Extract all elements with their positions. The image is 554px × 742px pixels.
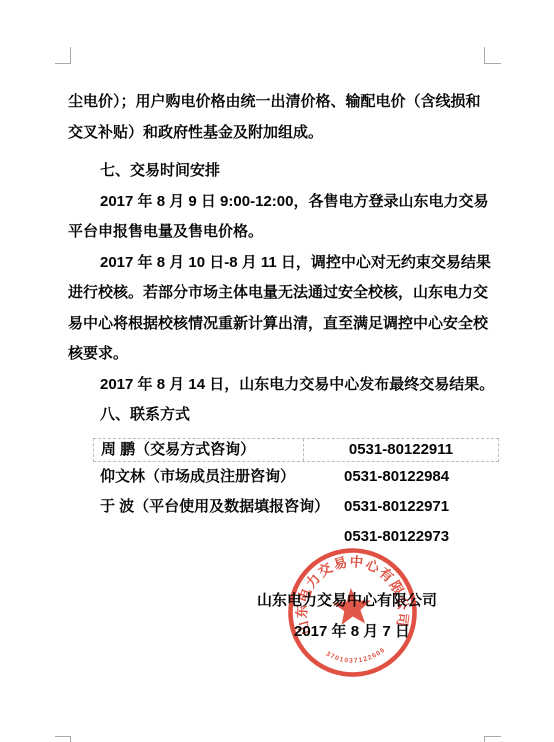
margin-mark-bottom-left xyxy=(55,736,71,742)
body-line: 易中心将根据校核情况重新计算出清，直至满足调控中心安全校 xyxy=(68,309,486,340)
signature-company: 山东电力交易中心有限公司 xyxy=(257,589,437,610)
contact-phone-cell: 0531-80122911 xyxy=(304,439,498,461)
seal-serial-number: 3701037122606 xyxy=(324,646,387,666)
document-body: 尘电价）；用户购电价格由统一出清价格、输配电价（含线损和 交叉补贴）和政府性基金… xyxy=(68,87,486,431)
section-heading-8: 八、联系方式 xyxy=(68,400,486,431)
contact-phone: 0531-80122973 xyxy=(344,526,449,547)
contact-row: 仰文林（市场成员注册咨询） 0531-80122984 xyxy=(0,466,554,488)
body-line: 2017 年 8 月 14 日，山东电力交易中心发布最终交易结果。 xyxy=(68,370,486,401)
signature-date: 2017 年 8 月 7 日 xyxy=(294,620,410,641)
margin-mark-bottom-right xyxy=(484,736,501,742)
margin-mark-top-right xyxy=(484,47,501,64)
body-line: 2017 年 8 月 10 日-8 月 11 日，调控中心对无约束交易结果 xyxy=(68,248,486,279)
contact-name: 仰文林（市场成员注册咨询） xyxy=(100,466,295,487)
body-line: 2017 年 8 月 9 日 9:00-12:00，各售电方登录山东电力交易 xyxy=(68,187,486,218)
contact-row: 0531-80122973 xyxy=(0,526,554,548)
official-seal: 山东电力交易中心有限公司 3701037122606 xyxy=(282,542,424,684)
body-line: 平台申报售电量及售电价格。 xyxy=(68,217,486,248)
contact-name-cell: 周 鹏（交易方式咨询） xyxy=(94,439,304,461)
contact-phone: 0531-80122984 xyxy=(344,466,449,487)
contact-name: 于 波（平台使用及数据填报咨询） xyxy=(100,496,329,517)
body-line: 尘电价）；用户购电价格由统一出清价格、输配电价（含线损和 xyxy=(68,87,486,118)
contact-row: 于 波（平台使用及数据填报咨询） 0531-80122971 xyxy=(0,496,554,518)
body-line: 核要求。 xyxy=(68,339,486,370)
body-line: 进行校核。若部分市场主体电量无法通过安全校核，山东电力交 xyxy=(68,278,486,309)
document-page: 尘电价）；用户购电价格由统一出清价格、输配电价（含线损和 交叉补贴）和政府性基金… xyxy=(0,0,554,742)
section-heading-7: 七、交易时间安排 xyxy=(68,156,486,187)
contact-table: 周 鹏（交易方式咨询） 0531-80122911 xyxy=(93,438,499,462)
body-line: 交叉补贴）和政府性基金及附加组成。 xyxy=(68,118,486,149)
margin-mark-top-left xyxy=(55,47,71,64)
contact-phone: 0531-80122971 xyxy=(344,496,449,517)
